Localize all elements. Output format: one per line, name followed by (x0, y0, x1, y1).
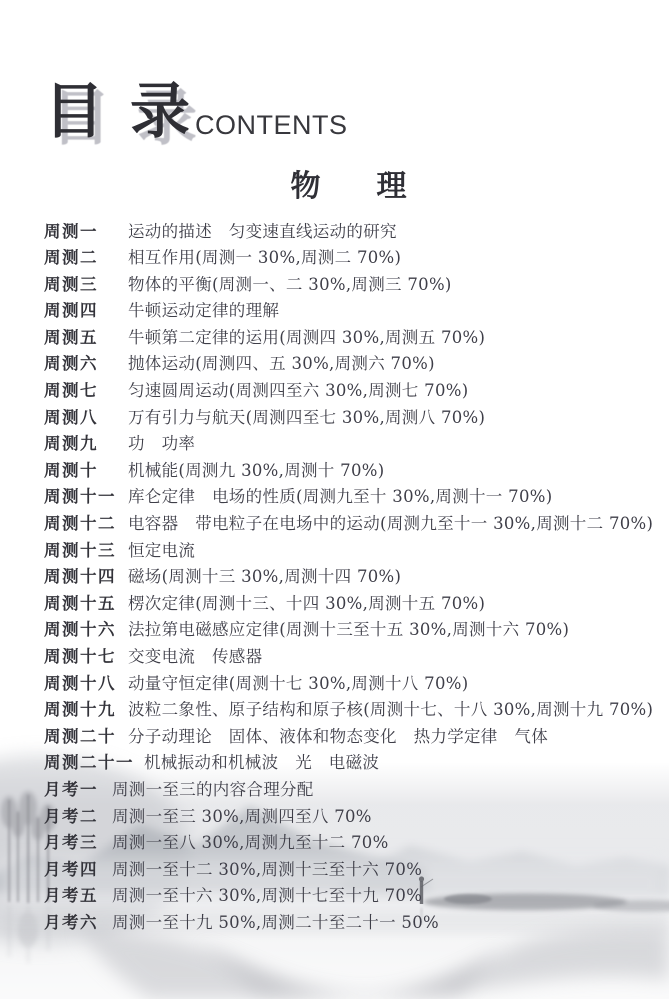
toc-row-label: 周测十一 (44, 484, 128, 511)
toc-row-content: 机械振动和机械波 光 电磁波 (144, 750, 379, 777)
toc-row: 周测十二 电容器 带电粒子在电场中的运动(周测九至十一 30%,周测十二 70%… (44, 511, 653, 538)
toc-row: 月考三 周测一至八 30%,周测九至十二 70% (44, 830, 653, 857)
toc-row-content: 万有引力与航天(周测四至七 30%,周测八 70%) (128, 405, 485, 432)
toc-row-content: 周测一至八 30%,周测九至十二 70% (112, 830, 389, 857)
page-content: 目录 CONTENTS 物理 周测一 运动的描述 匀变速直线运动的研究 周测二 … (0, 0, 669, 937)
toc-row-content: 运动的描述 匀变速直线运动的研究 (128, 219, 397, 246)
toc-row-content: 电容器 带电粒子在电场中的运动(周测九至十一 30%,周测十二 70%) (128, 511, 653, 538)
toc-row: 周测十九 波粒二象性、原子结构和原子核(周测十七、十八 30%,周测十九 70%… (44, 697, 653, 724)
toc-row-label: 周测十 (44, 458, 128, 485)
toc-row-content: 楞次定律(周测十三、十四 30%,周测十五 70%) (128, 591, 485, 618)
toc-row-content: 相互作用(周测一 30%,周测二 70%) (128, 245, 401, 272)
title-char-mu: 目 (44, 77, 104, 147)
toc-row: 周测四 牛顿运动定律的理解 (44, 298, 653, 325)
toc-row-label: 月考二 (44, 804, 112, 831)
toc-page: 目录 CONTENTS 物理 周测一 运动的描述 匀变速直线运动的研究 周测二 … (0, 0, 669, 999)
toc-row-label: 周测五 (44, 325, 128, 352)
toc-row-content: 磁场(周测十三 30%,周测十四 70%) (128, 564, 401, 591)
toc-row-content: 机械能(周测九 30%,周测十 70%) (128, 458, 384, 485)
title-char-lu: 录 (130, 77, 190, 147)
toc-row: 月考四 周测一至十二 30%,周测十三至十六 70% (44, 857, 653, 884)
toc-row-label: 周测九 (44, 431, 128, 458)
toc-row-label: 周测六 (44, 351, 128, 378)
toc-row-content: 匀速圆周运动(周测四至六 30%,周测七 70%) (128, 378, 468, 405)
title-chinese: 目录 (44, 82, 190, 142)
toc-row-label: 周测十二 (44, 511, 128, 538)
toc-row-label: 周测二十一 (44, 750, 144, 777)
toc-row: 周测二 相互作用(周测一 30%,周测二 70%) (44, 245, 653, 272)
toc-row: 周测九 功 功率 (44, 431, 653, 458)
toc-row: 月考五 周测一至十六 30%,周测十七至十九 70% (44, 883, 653, 910)
toc-row-content: 分子动理论 固体、液体和物态变化 热力学定律 气体 (128, 724, 548, 751)
toc-row-content: 动量守恒定律(周测十七 30%,周测十八 70%) (128, 671, 468, 698)
toc-row: 周测二十 分子动理论 固体、液体和物态变化 热力学定律 气体 (44, 724, 653, 751)
toc-row-label: 周测十三 (44, 538, 128, 565)
toc-row: 周测十四 磁场(周测十三 30%,周测十四 70%) (44, 564, 653, 591)
toc-row-label: 周测十六 (44, 617, 128, 644)
toc-row: 周测十七 交变电流 传感器 (44, 644, 653, 671)
toc-row-content: 交变电流 传感器 (128, 644, 262, 671)
toc-row-label: 月考一 (44, 777, 112, 804)
toc-row: 月考一 周测一至三的内容合理分配 (44, 777, 653, 804)
toc-row-label: 周测十七 (44, 644, 128, 671)
toc-row-label: 月考四 (44, 857, 112, 884)
toc-row: 周测十六 法拉第电磁感应定律(周测十三至十五 30%,周测十六 70%) (44, 617, 653, 644)
toc-row-content: 周测一至三 30%,周测四至八 70% (112, 804, 372, 831)
toc-row-content: 周测一至十九 50%,周测二十至二十一 50% (112, 910, 439, 937)
toc-row-label: 周测十四 (44, 564, 128, 591)
toc-row: 周测七 匀速圆周运动(周测四至六 30%,周测七 70%) (44, 378, 653, 405)
toc-row-label: 周测十八 (44, 671, 128, 698)
title-english: CONTENTS (195, 112, 348, 142)
toc-row-label: 周测一 (44, 219, 128, 246)
toc-row-content: 周测一至十二 30%,周测十三至十六 70% (112, 857, 422, 884)
toc-row: 周测十一 库仑定律 电场的性质(周测九至十 30%,周测十一 70%) (44, 484, 653, 511)
toc-row: 周测十五 楞次定律(周测十三、十四 30%,周测十五 70%) (44, 591, 653, 618)
toc-row: 周测一 运动的描述 匀变速直线运动的研究 (44, 219, 653, 246)
toc-row: 月考六 周测一至十九 50%,周测二十至二十一 50% (44, 910, 653, 937)
toc-row-label: 周测八 (44, 405, 128, 432)
toc-row-label: 周测十九 (44, 697, 128, 724)
toc-row-content: 牛顿运动定律的理解 (128, 298, 279, 325)
toc-row-content: 抛体运动(周测四、五 30%,周测六 70%) (128, 351, 435, 378)
toc-row-content: 周测一至十六 30%,周测十七至十九 70% (112, 883, 422, 910)
toc-row-content: 库仑定律 电场的性质(周测九至十 30%,周测十一 70%) (128, 484, 552, 511)
section-char-wu: 物 (291, 169, 321, 204)
toc-row-label: 周测十五 (44, 591, 128, 618)
toc-row: 周测十八 动量守恒定律(周测十七 30%,周测十八 70%) (44, 671, 653, 698)
toc-row-content: 法拉第电磁感应定律(周测十三至十五 30%,周测十六 70%) (128, 617, 569, 644)
toc-row: 周测六 抛体运动(周测四、五 30%,周测六 70%) (44, 351, 653, 378)
toc-row: 周测十 机械能(周测九 30%,周测十 70%) (44, 458, 653, 485)
toc-row-label: 月考六 (44, 910, 112, 937)
toc-row-label: 周测七 (44, 378, 128, 405)
toc-row-content: 波粒二象性、原子结构和原子核(周测十七、十八 30%,周测十九 70%) (128, 697, 653, 724)
toc-row-label: 周测二 (44, 245, 128, 272)
page-title: 目录 CONTENTS (44, 58, 653, 142)
toc-row: 周测三 物体的平衡(周测一、二 30%,周测三 70%) (44, 272, 653, 299)
toc-row-label: 周测四 (44, 298, 128, 325)
toc-row: 周测五 牛顿第二定律的运用(周测四 30%,周测五 70%) (44, 325, 653, 352)
toc-row-content: 牛顿第二定律的运用(周测四 30%,周测五 70%) (128, 325, 485, 352)
section-char-li: 理 (377, 169, 407, 204)
toc-row-label: 周测三 (44, 272, 128, 299)
toc-row-label: 周测二十 (44, 724, 128, 751)
toc-row-content: 物体的平衡(周测一、二 30%,周测三 70%) (128, 272, 452, 299)
toc-row: 周测二十一 机械振动和机械波 光 电磁波 (44, 750, 653, 777)
toc-row: 月考二 周测一至三 30%,周测四至八 70% (44, 804, 653, 831)
toc-row-content: 功 功率 (128, 431, 195, 458)
toc-row: 周测八 万有引力与航天(周测四至七 30%,周测八 70%) (44, 405, 653, 432)
section-heading-physics: 物理 (44, 170, 653, 205)
toc-row: 周测十三 恒定电流 (44, 538, 653, 565)
toc-row-content: 周测一至三的内容合理分配 (112, 777, 314, 804)
toc-row-content: 恒定电流 (128, 538, 195, 565)
toc-row-label: 月考五 (44, 883, 112, 910)
toc-list: 周测一 运动的描述 匀变速直线运动的研究 周测二 相互作用(周测一 30%,周测… (44, 219, 653, 937)
toc-row-label: 月考三 (44, 830, 112, 857)
